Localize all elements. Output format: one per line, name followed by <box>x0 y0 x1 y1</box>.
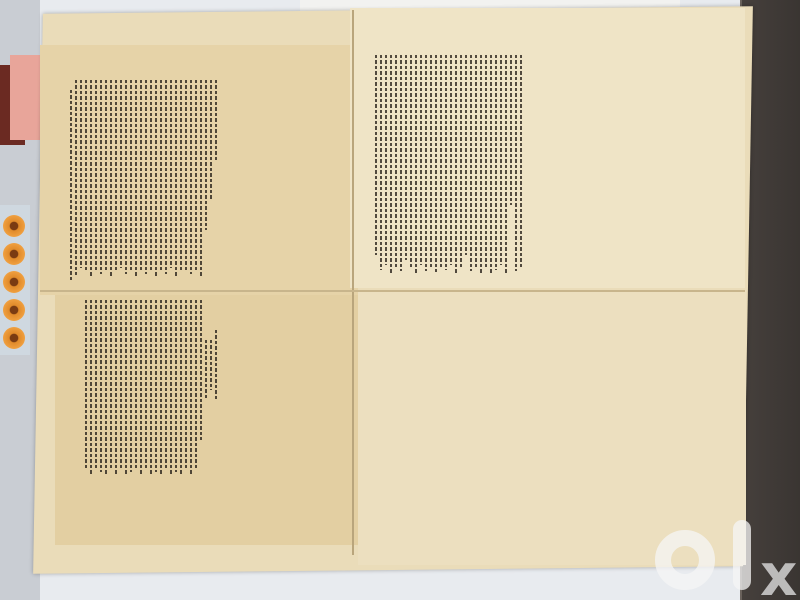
handwritten-text-block-bottom-left <box>85 300 217 480</box>
flower-icon <box>3 215 25 237</box>
flower-icon <box>3 327 25 349</box>
fold-line-horizontal <box>40 290 745 292</box>
watermark-letter-x: x <box>760 555 800 600</box>
handwritten-text-block-top-left <box>70 80 217 280</box>
flower-icon <box>3 243 25 265</box>
flower-sticker-strip <box>0 205 30 355</box>
flower-icon <box>3 271 25 293</box>
handwritten-text-block-right <box>375 55 522 280</box>
watermark-letter-o <box>655 530 715 590</box>
watermark-letter-l <box>733 520 751 590</box>
fold-line-vertical <box>352 10 354 555</box>
olx-watermark: x <box>635 520 800 600</box>
flower-icon <box>3 299 25 321</box>
photo-scene: x <box>0 0 800 600</box>
